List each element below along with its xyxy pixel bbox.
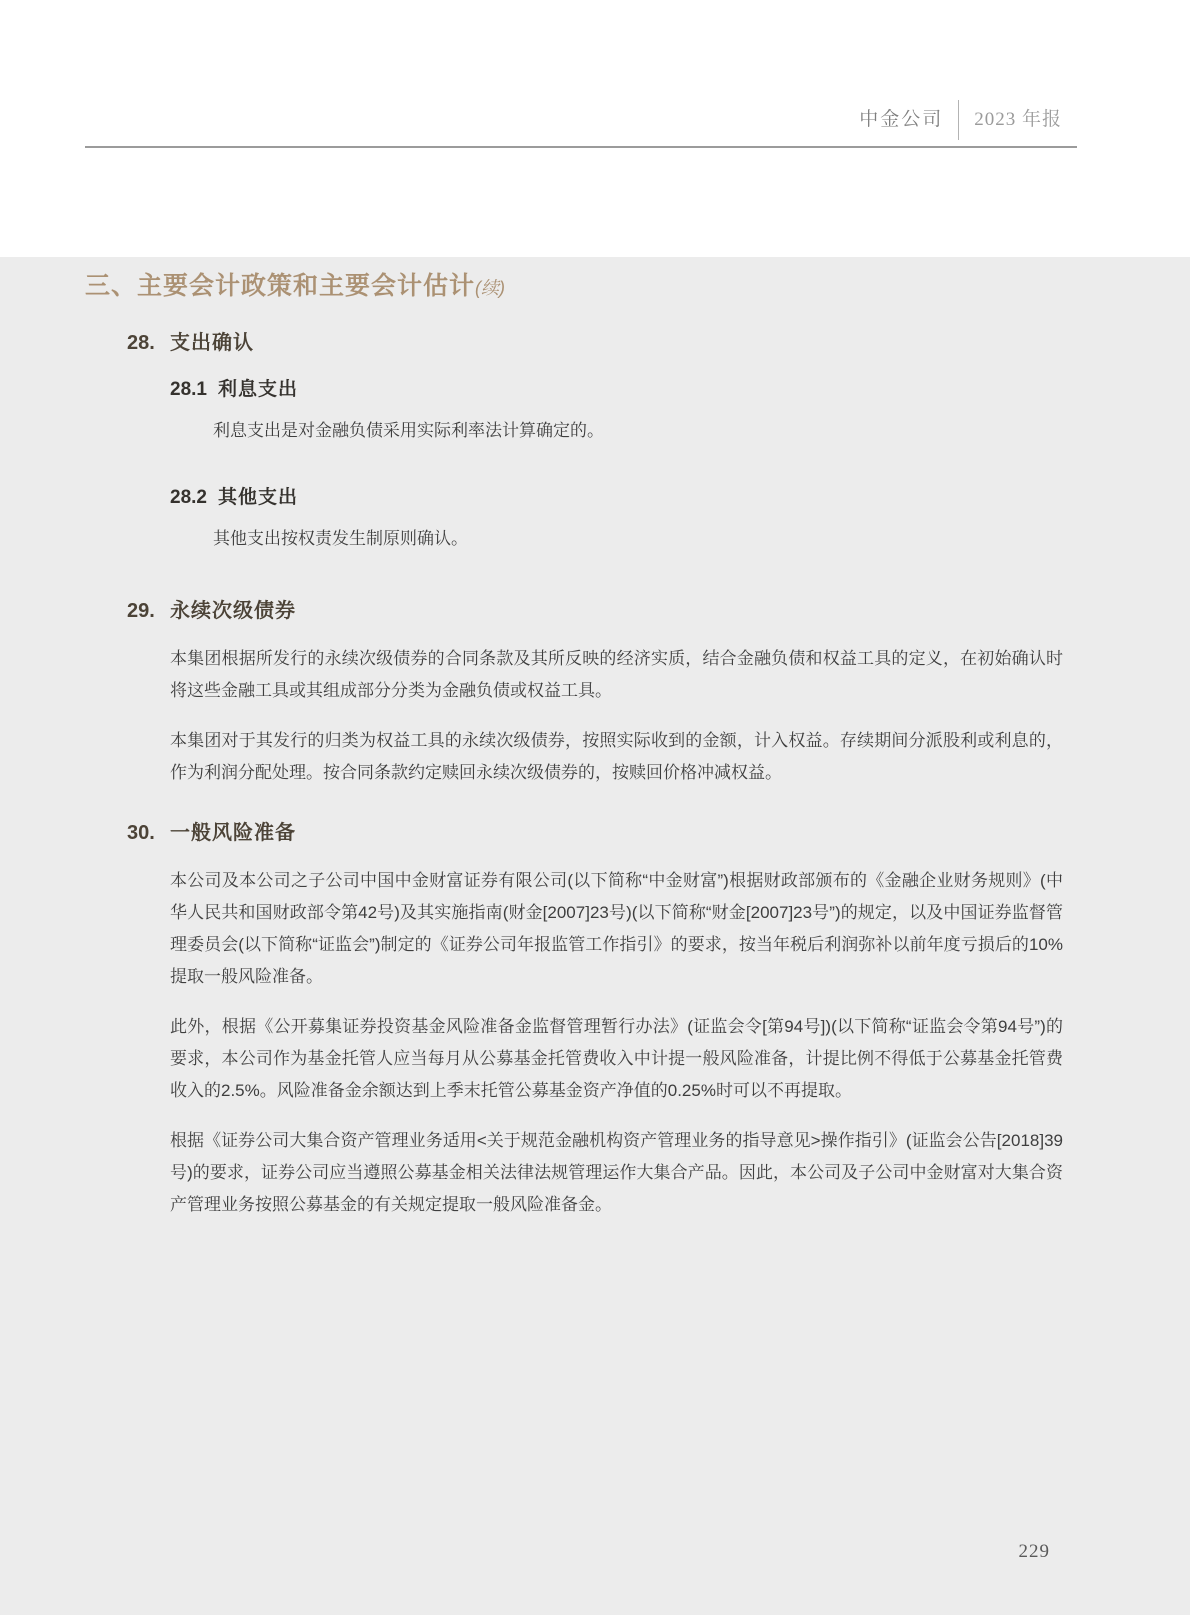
section-28-1-heading: 28.1 利息支出	[170, 377, 1190, 403]
section-29-heading: 29. 永续次级债券	[127, 597, 1190, 625]
section-30-paragraph-3: 根据《证券公司大集合资产管理业务适用<关于规范金融机构资产管理业务的指导意见>操…	[170, 1125, 1063, 1221]
section-28-2-heading: 28.2 其他支出	[170, 485, 1190, 511]
page-top-band: 中金公司 2023 年报	[0, 0, 1190, 257]
page-content: 三、主要会计政策和主要会计估计(续) 28. 支出确认 28.1 利息支出 利息…	[0, 257, 1190, 1615]
section-28-2-paragraph: 其他支出按权责发生制原则确认。	[213, 523, 1065, 555]
section-28-2-number: 28.2	[170, 485, 218, 511]
section-30-paragraph-2: 此外，根据《公开募集证券投资基金风险准备金监督管理暂行办法》(证监会令[第94号…	[170, 1011, 1063, 1107]
section-29-title: 永续次级债券	[170, 597, 296, 625]
section-30-heading: 30. 一般风险准备	[127, 819, 1190, 847]
running-header: 中金公司 2023 年报	[859, 100, 1062, 140]
section-29-number: 29.	[127, 597, 170, 625]
section-28-1-number: 28.1	[170, 377, 218, 403]
section-30-paragraph-1: 本公司及本公司之子公司中国中金财富证券有限公司(以下简称“中金财富”)根据财政部…	[170, 865, 1063, 993]
section-28-heading: 28. 支出确认	[127, 329, 1190, 357]
section-28-number: 28.	[127, 329, 170, 357]
chapter-title-continued: (续)	[475, 278, 505, 298]
header-rule	[85, 146, 1077, 148]
chapter-title: 三、主要会计政策和主要会计估计(续)	[85, 269, 1190, 305]
section-30-title: 一般风险准备	[170, 819, 296, 847]
report-year: 2023 年报	[959, 100, 1062, 140]
report-page: 中金公司 2023 年报 三、主要会计政策和主要会计估计(续) 28. 支出确认…	[0, 0, 1190, 1615]
company-name: 中金公司	[859, 100, 958, 140]
chapter-title-text: 三、主要会计政策和主要会计估计	[85, 272, 475, 300]
section-29-paragraph-1: 本集团根据所发行的永续次级债券的合同条款及其所反映的经济实质，结合金融负债和权益…	[170, 643, 1063, 707]
section-28-1-title: 利息支出	[218, 377, 298, 403]
page-number: 229	[1019, 1541, 1051, 1563]
section-28-2-title: 其他支出	[218, 485, 298, 511]
section-29-paragraph-2: 本集团对于其发行的归类为权益工具的永续次级债券，按照实际收到的金额，计入权益。存…	[170, 725, 1063, 789]
section-28-1-paragraph: 利息支出是对金融负债采用实际利率法计算确定的。	[213, 415, 1065, 447]
section-30-number: 30.	[127, 819, 170, 847]
section-28-title: 支出确认	[170, 329, 254, 357]
